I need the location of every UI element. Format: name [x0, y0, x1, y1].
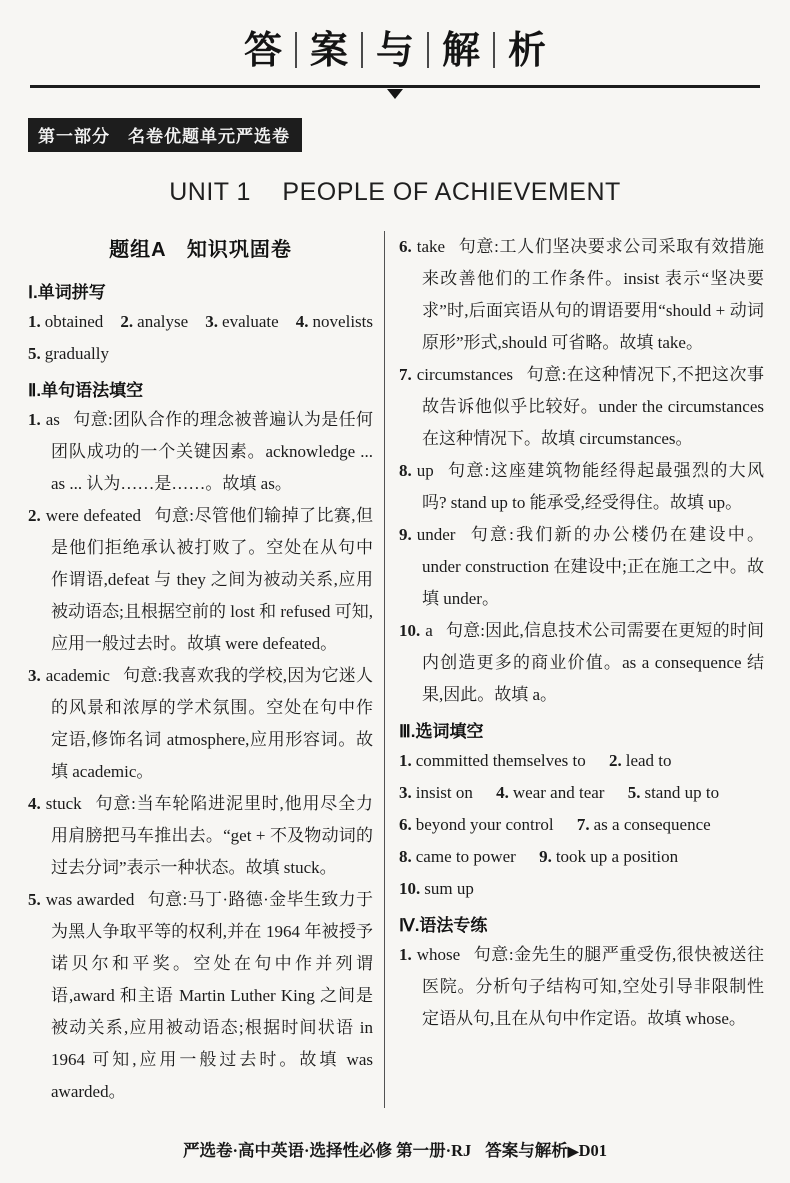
answer-pair: 3.evaluate — [205, 306, 278, 338]
answer-number: 4. — [496, 783, 513, 802]
answer-text: novelists — [313, 312, 373, 331]
page-title-char: 与 — [376, 31, 414, 69]
answer-pair: 1.committed themselves to — [399, 751, 586, 770]
phrase-answers-row-3: 6.beyond your control 7.as a consequence — [399, 809, 764, 841]
page-title-char: 析 — [508, 31, 546, 69]
item-explanation: 句意:团队合作的理念被普遍认为是任何团队成功的一个关键因素。acknowledg… — [51, 410, 373, 493]
answer-pair: 9.took up a position — [539, 847, 678, 866]
page-footer: 严选卷·高中英语·选择性必修 第一册·RJ答案与解析▶D01 — [0, 1137, 790, 1161]
item-explanation: 句意:我们新的办公楼仍在建设中。under construction 在建设中;… — [422, 525, 764, 608]
item-explanation: 句意:马丁·路德·金毕生致力于为黑人争取平等的权利,并在 1964 年被授予诺贝… — [51, 890, 373, 1101]
answer-text: insist on — [416, 783, 473, 802]
answer-number: 9. — [539, 847, 556, 866]
phrase-answers-row-1: 1.committed themselves to 2.lead to — [399, 745, 764, 777]
answer-pair: 1.obtained — [28, 306, 103, 338]
page-title-char: 答 — [244, 31, 282, 69]
grammar-explanation-item-1: 1.whose句意:金先生的腿严重受伤,很快被送往医院。分析句子结构可知,空处引… — [399, 939, 764, 1035]
unit-title: UNIT 1 PEOPLE OF ACHIEVEMENT — [0, 178, 790, 207]
explanation-item-2: 2.were defeated句意:尽管他们输掉了比赛,但是他们拒绝承认被打败了… — [28, 500, 373, 660]
explanation-item-5: 5.was awarded句意:马丁·路德·金毕生致力于为黑人争取平等的权利,并… — [28, 884, 373, 1108]
answer-number: 3. — [205, 312, 222, 331]
item-explanation: 句意:尽管他们输掉了比赛,但是他们拒绝承认被打败了。空处在从句中作谓语,defe… — [51, 506, 373, 653]
answer-text: beyond your control — [416, 815, 554, 834]
page-title-char: 案 — [310, 31, 348, 69]
unit-label: UNIT 1 — [169, 178, 251, 206]
item-answer: was awarded — [46, 890, 148, 909]
footer-label: 答案与解析 — [485, 1141, 568, 1160]
answer-text: gradually — [45, 344, 109, 363]
item-number: 1. — [399, 945, 417, 964]
item-answer: circumstances — [417, 365, 526, 384]
answer-text: obtained — [45, 312, 104, 331]
item-number: 10. — [399, 621, 425, 640]
explanation-item-10: 10.a句意:因此,信息技术公司需要在更短的时间内创造更多的商业价值。as a … — [399, 615, 764, 711]
section-1-label: Ⅰ.单词拼写 — [28, 278, 373, 303]
item-number: 7. — [399, 365, 417, 384]
page-title: 答 案 与 解 析 — [0, 24, 790, 76]
item-explanation: 句意:当车轮陷进泥里时,他用尽全力用肩膀把马车推出去。“get + 不及物动词的… — [51, 794, 373, 877]
answer-pair: 5.gradually — [28, 344, 109, 363]
answer-text: wear and tear — [513, 783, 605, 802]
left-column: 题组A 知识巩固卷 Ⅰ.单词拼写 1.obtained 2.analyse 3.… — [28, 231, 384, 1108]
item-number: 8. — [399, 461, 417, 480]
answer-text: took up a position — [556, 847, 678, 866]
footer-page-number: D01 — [579, 1141, 607, 1160]
word-spelling-answers-row-1: 1.obtained 2.analyse 3.evaluate 4.noveli… — [28, 306, 373, 338]
item-number: 9. — [399, 525, 417, 544]
item-answer: stuck — [46, 794, 95, 813]
phrase-answers-row-2: 3.insist on 4.wear and tear 5.stand up t… — [399, 777, 764, 809]
answer-text: lead to — [626, 751, 672, 770]
word-spelling-answers-row-2: 5.gradually — [28, 338, 373, 370]
explanation-item-9: 9.under句意:我们新的办公楼仍在建设中。under constructio… — [399, 519, 764, 615]
item-number: 2. — [28, 506, 46, 525]
down-triangle-icon — [387, 89, 403, 99]
item-number: 6. — [399, 237, 417, 256]
explanation-item-4: 4.stuck句意:当车轮陷进泥里时,他用尽全力用肩膀把马车推出去。“get +… — [28, 788, 373, 884]
answer-pair: 7.as a consequence — [577, 815, 711, 834]
right-triangle-icon: ▶ — [568, 1145, 579, 1160]
footer-series: 严选卷·高中英语·选择性必修 第一册·RJ — [183, 1141, 471, 1160]
answer-number: 7. — [577, 815, 594, 834]
section-4-label: Ⅳ.语法专练 — [399, 911, 764, 936]
answer-number: 5. — [28, 344, 45, 363]
answer-text: sum up — [424, 879, 474, 898]
answer-key-page: 答 案 与 解 析 第一部分 名卷优题单元严选卷 UNIT 1 PEOPLE O… — [0, 0, 790, 1183]
answer-text: as a consequence — [594, 815, 711, 834]
item-answer: whose — [417, 945, 473, 964]
phrase-answers-row-4: 8.came to power 9.took up a position — [399, 841, 764, 873]
page-title-char: 解 — [442, 31, 480, 69]
answer-number: 6. — [399, 815, 416, 834]
answer-number: 2. — [609, 751, 626, 770]
title-separator — [361, 32, 363, 68]
item-number: 4. — [28, 794, 46, 813]
answer-text: committed themselves to — [416, 751, 586, 770]
unit-name: PEOPLE OF ACHIEVEMENT — [282, 178, 620, 206]
explanation-item-8: 8.up句意:这座建筑物能经得起最强烈的大风吗? stand up to 能承受… — [399, 455, 764, 519]
answer-pair: 4.wear and tear — [496, 783, 604, 802]
answer-number: 1. — [28, 312, 45, 331]
item-answer: were defeated — [46, 506, 154, 525]
answer-text: stand up to — [644, 783, 719, 802]
item-explanation: 句意:因此,信息技术公司需要在更短的时间内创造更多的商业价值。as a cons… — [422, 621, 764, 704]
answer-pair: 8.came to power — [399, 847, 516, 866]
answer-pair: 6.beyond your control — [399, 815, 554, 834]
explanation-item-6: 6.take句意:工人们坚决要求公司采取有效措施来改善他们的工作条件。insis… — [399, 231, 764, 359]
section-3-label: Ⅲ.选词填空 — [399, 717, 764, 742]
item-answer: a — [425, 621, 446, 640]
item-answer: as — [46, 410, 73, 429]
answer-number: 1. — [399, 751, 416, 770]
answer-pair: 3.insist on — [399, 783, 473, 802]
item-answer: under — [417, 525, 469, 544]
answer-pair: 5.stand up to — [628, 783, 719, 802]
item-answer: academic — [46, 666, 123, 685]
phrase-answers-row-5: 10.sum up — [399, 873, 764, 905]
answer-text: evaluate — [222, 312, 279, 331]
answer-number: 8. — [399, 847, 416, 866]
item-number: 1. — [28, 410, 46, 429]
answer-pair: 10.sum up — [399, 879, 474, 898]
answer-number: 2. — [120, 312, 137, 331]
item-explanation: 句意:工人们坚决要求公司采取有效措施来改善他们的工作条件。insist 表示“坚… — [422, 237, 764, 352]
answer-text: analyse — [137, 312, 188, 331]
answer-pair: 2.lead to — [609, 751, 672, 770]
header-rule — [30, 85, 760, 88]
answer-number: 5. — [628, 783, 645, 802]
section-2-label: Ⅱ.单句语法填空 — [28, 376, 373, 401]
answer-number: 10. — [399, 879, 424, 898]
explanation-item-7: 7.circumstances句意:在这种情况下,不把这次事故告诉他似乎比较好。… — [399, 359, 764, 455]
two-column-body: 题组A 知识巩固卷 Ⅰ.单词拼写 1.obtained 2.analyse 3.… — [28, 231, 764, 1108]
answer-number: 4. — [296, 312, 313, 331]
group-a-heading: 题组A 知识巩固卷 — [28, 233, 373, 262]
right-column: 6.take句意:工人们坚决要求公司采取有效措施来改善他们的工作条件。insis… — [384, 231, 764, 1108]
answer-text: came to power — [416, 847, 516, 866]
answer-number: 3. — [399, 783, 416, 802]
item-explanation: 句意:金先生的腿严重受伤,很快被送往医院。分析句子结构可知,空处引导非限制性定语… — [422, 945, 764, 1028]
title-separator — [427, 32, 429, 68]
item-answer: take — [417, 237, 458, 256]
answer-pair: 2.analyse — [120, 306, 188, 338]
explanation-item-3: 3.academic句意:我喜欢我的学校,因为它迷人的风景和浓厚的学术氛围。空处… — [28, 660, 373, 788]
title-separator — [493, 32, 495, 68]
item-number: 5. — [28, 890, 46, 909]
explanation-item-1: 1.as句意:团队合作的理念被普遍认为是任何团队成功的一个关键因素。acknow… — [28, 404, 373, 500]
part-banner: 第一部分 名卷优题单元严选卷 — [28, 118, 302, 152]
item-number: 3. — [28, 666, 46, 685]
item-answer: up — [417, 461, 447, 480]
title-separator — [295, 32, 297, 68]
item-explanation: 句意:这座建筑物能经得起最强烈的大风吗? stand up to 能承受,经受得… — [422, 461, 764, 512]
answer-pair: 4.novelists — [296, 306, 373, 338]
